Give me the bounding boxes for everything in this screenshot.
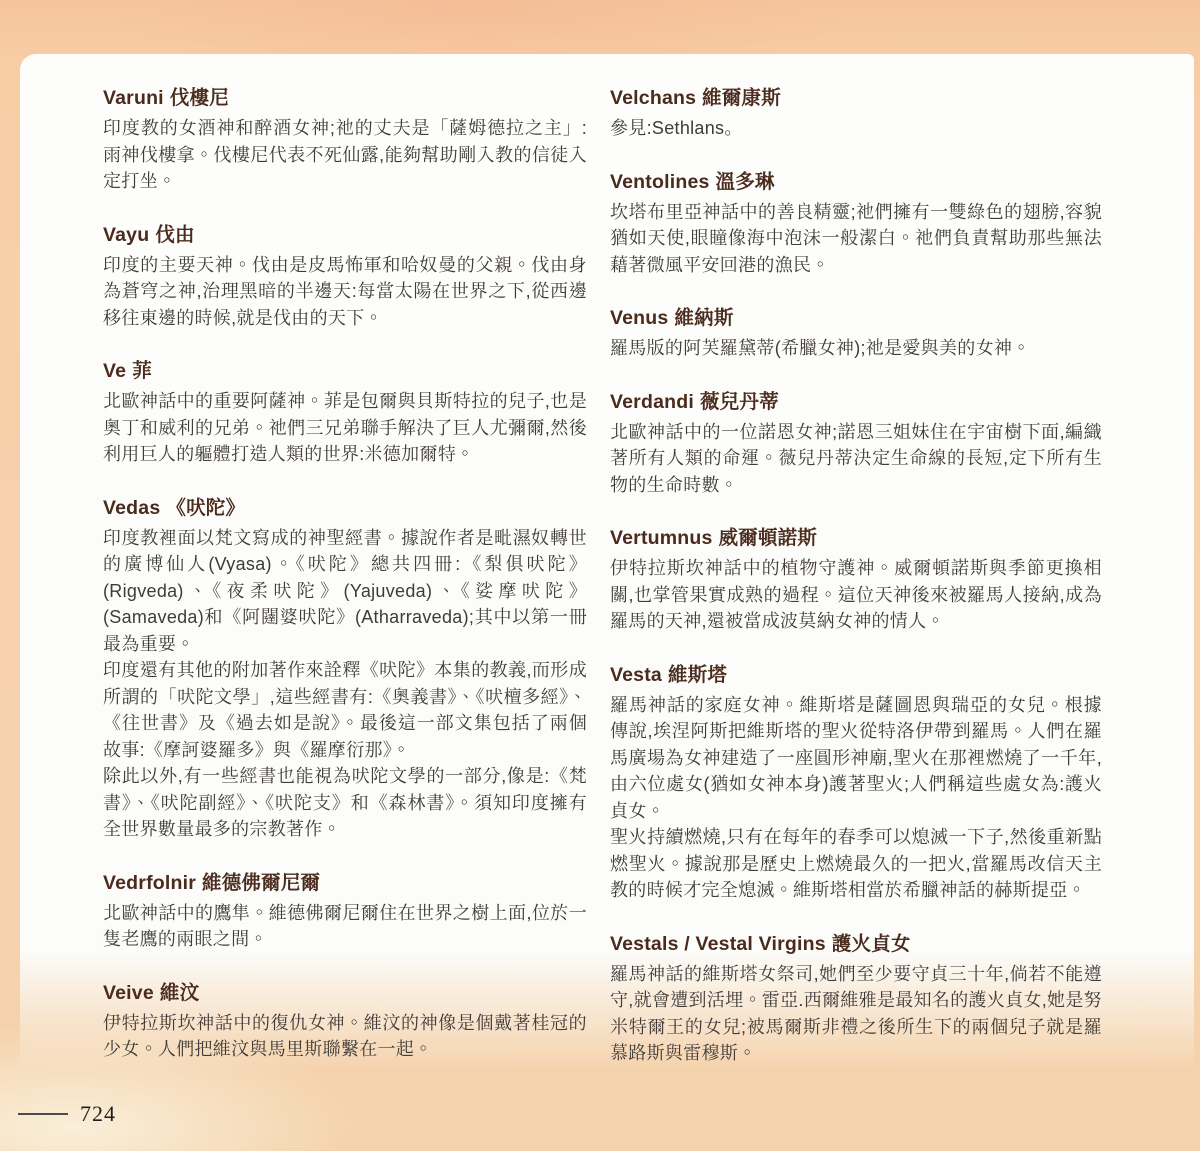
- entry-veive: Veive維汶 伊特拉斯坎神話中的復仇女神。維汶的神像是個戴著桂冠的少女。人們把…: [103, 979, 587, 1063]
- entry-term-en: Ve: [103, 360, 126, 382]
- entry-term-zh: 維汶: [160, 982, 199, 1004]
- entry-term-zh: 溫多琳: [716, 171, 775, 193]
- entry-term-en: Velchans: [610, 87, 696, 109]
- entry-term-zh: 威爾頓諾斯: [719, 527, 818, 549]
- entry-body: 北歐神話中的一位諾恩女神;諾恩三姐妹住在宇宙樹下面,編織著所有人類的命運。薇兒丹…: [610, 419, 1102, 499]
- entry-body: 伊特拉斯坎神話中的植物守護神。威爾頓諾斯與季節更換相關,也掌管果實成熟的過程。這…: [610, 555, 1102, 635]
- entry-term-zh: 菲: [132, 360, 152, 382]
- entry-heading: Vedrfolnir維德佛爾尼爾: [103, 869, 587, 897]
- entry-term-en: Vestals / Vestal Virgins: [610, 933, 826, 955]
- entry-term-en: Vedas: [103, 497, 160, 519]
- entry-varuni: Varuni伐樓尼 印度教的女酒神和醉酒女神;祂的丈夫是「薩姆德拉之主」:雨神伐…: [103, 84, 587, 195]
- entry-body: 伊特拉斯坎神話中的復仇女神。維汶的神像是個戴著桂冠的少女。人們把維汶與馬里斯聯繫…: [103, 1010, 587, 1063]
- entry-vertumnus: Vertumnus威爾頓諾斯 伊特拉斯坎神話中的植物守護神。威爾頓諾斯與季節更換…: [610, 524, 1102, 635]
- entry-heading: Vertumnus威爾頓諾斯: [610, 524, 1102, 552]
- entry-term-zh: 維德佛爾尼爾: [202, 872, 320, 894]
- entry-term-zh: 維納斯: [674, 307, 733, 329]
- page-number-row: 724: [18, 1101, 116, 1127]
- entry-body: 北歐神話中的鷹隼。維德佛爾尼爾住在世界之樹上面,位於一隻老鷹的兩眼之間。: [103, 900, 587, 953]
- entry-term-en: Vedrfolnir: [103, 872, 196, 894]
- book-page: Varuni伐樓尼 印度教的女酒神和醉酒女神;祂的丈夫是「薩姆德拉之主」:雨神伐…: [20, 54, 1194, 1072]
- entry-heading: Ve菲: [103, 357, 587, 385]
- entry-body: 聖火持續燃燒,只有在每年的春季可以熄滅一下子,然後重新點燃聖火。據說那是歷史上燃…: [610, 824, 1102, 904]
- scanned-page-background: Varuni伐樓尼 印度教的女酒神和醉酒女神;祂的丈夫是「薩姆德拉之主」:雨神伐…: [0, 0, 1200, 1151]
- entry-term-en: Vertumnus: [610, 527, 713, 549]
- entry-body: 羅馬版的阿芙羅黛蒂(希臘女神);祂是愛與美的女神。: [610, 335, 1102, 362]
- entry-body: 北歐神話中的重要阿薩神。菲是包爾與貝斯特拉的兒子,也是奧丁和威利的兄弟。祂們三兄…: [103, 388, 587, 468]
- entry-term-en: Vesta: [610, 664, 662, 686]
- entry-heading: Varuni伐樓尼: [103, 84, 587, 112]
- entry-velchans: Velchans維爾康斯 參見:Sethlans。: [610, 84, 1102, 142]
- entry-ventolines: Ventolines溫多琳 坎塔布里亞神話中的善良精靈;祂們擁有一雙綠色的翅膀,…: [610, 168, 1102, 279]
- page-number: 724: [80, 1101, 116, 1127]
- entry-vedas: Vedas《吠陀》 印度教裡面以梵文寫成的神聖經書。據說作者是毗濕奴轉世的廣博仙…: [103, 494, 587, 843]
- entry-heading: Vesta維斯塔: [610, 661, 1102, 689]
- entry-body: 坎塔布里亞神話中的善良精靈;祂們擁有一雙綠色的翅膀,容貌猶如天使,眼瞳像海中泡沫…: [610, 199, 1102, 279]
- right-column: Velchans維爾康斯 參見:Sethlans。 Ventolines溫多琳 …: [610, 84, 1102, 1093]
- entry-term-zh: 薇兒丹蒂: [700, 391, 779, 413]
- entry-vestals: Vestals / Vestal Virgins護火貞女 羅馬神話的維斯塔女祭司…: [610, 930, 1102, 1067]
- entry-heading: Vestals / Vestal Virgins護火貞女: [610, 930, 1102, 958]
- entry-heading: Vedas《吠陀》: [103, 494, 587, 522]
- entry-body: 印度教的女酒神和醉酒女神;祂的丈夫是「薩姆德拉之主」:雨神伐樓拿。伐樓尼代表不死…: [103, 115, 587, 195]
- entry-term-en: Venus: [610, 307, 668, 329]
- entry-venus: Venus維納斯 羅馬版的阿芙羅黛蒂(希臘女神);祂是愛與美的女神。: [610, 304, 1102, 362]
- entry-term-zh: 維爾康斯: [702, 87, 781, 109]
- entry-body: 印度教裡面以梵文寫成的神聖經書。據說作者是毗濕奴轉世的廣博仙人(Vyasa)。《…: [103, 525, 587, 658]
- entry-body: 羅馬神話的家庭女神。維斯塔是薩圖恩與瑞亞的女兒。根據傳說,埃涅阿斯把維斯塔的聖火…: [610, 692, 1102, 825]
- page-number-rule: [18, 1113, 68, 1115]
- entry-term-zh: 維斯塔: [668, 664, 727, 686]
- entry-body: 印度的主要天神。伐由是皮馬怖軍和哈奴曼的父親。伐由身為蒼穹之神,治理黑暗的半邊天…: [103, 252, 587, 332]
- entry-term-en: Verdandi: [610, 391, 694, 413]
- entry-ve: Ve菲 北歐神話中的重要阿薩神。菲是包爾與貝斯特拉的兒子,也是奧丁和威利的兄弟。…: [103, 357, 587, 468]
- entry-heading: Ventolines溫多琳: [610, 168, 1102, 196]
- entry-heading: Verdandi薇兒丹蒂: [610, 388, 1102, 416]
- entry-body: 除此以外,有一些經書也能視為吠陀文學的一部分,像是:《梵書》、《吠陀副經》、《吠…: [103, 763, 587, 843]
- entry-verdandi: Verdandi薇兒丹蒂 北歐神話中的一位諾恩女神;諾恩三姐妹住在宇宙樹下面,編…: [610, 388, 1102, 499]
- entry-vayu: Vayu伐由 印度的主要天神。伐由是皮馬怖軍和哈奴曼的父親。伐由身為蒼穹之神,治…: [103, 221, 587, 332]
- entry-vedrfolnir: Vedrfolnir維德佛爾尼爾 北歐神話中的鷹隼。維德佛爾尼爾住在世界之樹上面…: [103, 869, 587, 953]
- entry-heading: Velchans維爾康斯: [610, 84, 1102, 112]
- entry-term-en: Vayu: [103, 224, 149, 246]
- entry-term-en: Varuni: [103, 87, 164, 109]
- left-column: Varuni伐樓尼 印度教的女酒神和醉酒女神;祂的丈夫是「薩姆德拉之主」:雨神伐…: [103, 84, 587, 1089]
- entry-body: 羅馬神話的維斯塔女祭司,她們至少要守貞三十年,倘若不能遵守,就會遭到活埋。雷亞.…: [610, 961, 1102, 1067]
- entry-term-zh: 護火貞女: [832, 933, 911, 955]
- entry-term-zh: 伐由: [155, 224, 194, 246]
- entry-term-en: Veive: [103, 982, 154, 1004]
- entry-body: 印度還有其他的附加著作來詮釋《吠陀》本集的教義,而形成所謂的「吠陀文學」,這些經…: [103, 657, 587, 763]
- entry-term-zh: 伐樓尼: [170, 87, 229, 109]
- entry-heading: Vayu伐由: [103, 221, 587, 249]
- entry-term-zh: 《吠陀》: [166, 497, 245, 519]
- entry-body: 參見:Sethlans。: [610, 115, 1102, 142]
- entry-heading: Veive維汶: [103, 979, 587, 1007]
- entry-vesta: Vesta維斯塔 羅馬神話的家庭女神。維斯塔是薩圖恩與瑞亞的女兒。根據傳說,埃涅…: [610, 661, 1102, 904]
- entry-heading: Venus維納斯: [610, 304, 1102, 332]
- entry-term-en: Ventolines: [610, 171, 710, 193]
